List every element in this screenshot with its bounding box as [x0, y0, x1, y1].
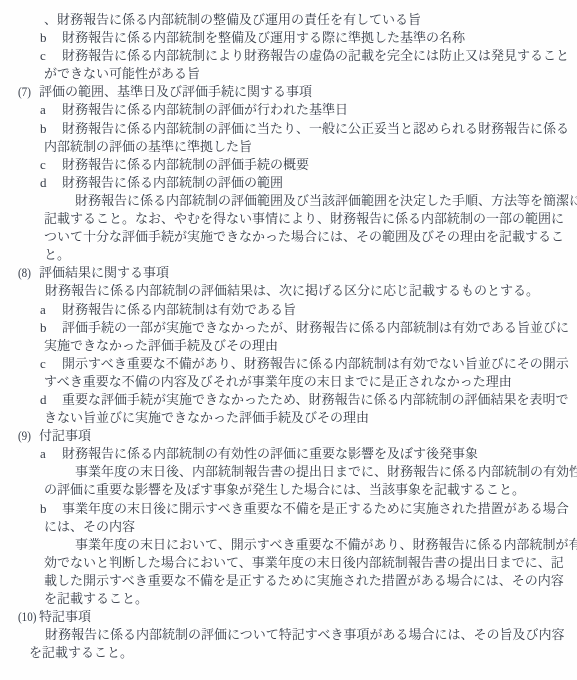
doc-line: a財務報告に係る内部統制の評価が行われた基準日	[0, 101, 577, 119]
doc-line-text: 載した開示すべき重要な不備を是正するために実施された措置がある場合には、その内容	[44, 573, 564, 588]
doc-line: の評価に重要な影響を及ぼす事象が発生した場合には、当該事象を記載すること。	[0, 481, 577, 499]
doc-line: c開示すべき重要な不備があり、財務報告に係る内部統制は有効でない旨並びにその開示	[0, 355, 577, 373]
doc-line-text: 財務報告に係る内部統制の評価手続の概要	[62, 157, 309, 172]
doc-line: と。	[0, 246, 577, 264]
doc-line-text: きない旨並びに実施できなかった評価手続及びその理由	[44, 410, 369, 425]
doc-line-text: 特記事項	[39, 609, 91, 624]
doc-line: 、財務報告に係る内部統制の整備及び運用の責任を有している旨	[0, 11, 577, 29]
doc-line-text: 財務報告に係る内部統制は有効である旨	[62, 302, 296, 317]
doc-line: を記載すること。	[0, 590, 577, 608]
doc-line: b事業年度の末日後に開示すべき重要な不備を是正するために実施された措置がある場合	[0, 500, 577, 518]
clause-letter: b	[40, 29, 47, 47]
doc-line: (10)特記事項	[0, 608, 577, 626]
doc-line-text: ができない可能性がある旨	[44, 66, 200, 81]
doc-line-text: 財務報告に係る内部統制の評価の範囲	[62, 175, 283, 190]
clause-letter: a	[40, 445, 46, 463]
doc-line-text: を記載すること。	[44, 591, 148, 606]
doc-line: 事業年度の末日において、開示すべき重要な不備があり、財務報告に係る内部統制が有	[0, 536, 577, 554]
doc-line-text: 事業年度の末日において、開示すべき重要な不備があり、財務報告に係る内部統制が有	[75, 537, 577, 552]
doc-line-text: 付記事項	[39, 428, 91, 443]
doc-line: b財務報告に係る内部統制の評価に当たり、一般に公正妥当と認められる財務報告に係る	[0, 120, 577, 138]
section-number: (9)	[18, 427, 31, 445]
doc-line: 内部統制の評価の基準に準拠した旨	[0, 138, 577, 156]
clause-letter: d	[40, 174, 47, 192]
doc-line: ができない可能性がある旨	[0, 65, 577, 83]
doc-line-text: 財務報告に係る内部統制の評価に当たり、一般に公正妥当と認められる財務報告に係る	[62, 121, 569, 136]
section-number: (7)	[18, 83, 31, 101]
doc-line-text: 財務報告に係る内部統制の評価について特記すべき事項がある場合には、その旨及び内容	[45, 627, 564, 642]
doc-line: (8)評価結果に関する事項	[0, 264, 577, 282]
document-page: 、財務報告に係る内部統制の整備及び運用の責任を有している旨b財務報告に係る内部統…	[0, 0, 577, 680]
doc-line-text: には、その内容	[44, 519, 135, 534]
doc-line: a財務報告に係る内部統制の有効性の評価に重要な影響を及ぼす後発事象	[0, 445, 577, 463]
doc-line-text: 開示すべき重要な不備があり、財務報告に係る内部統制は有効でない旨並びにその開示	[62, 356, 569, 371]
doc-line: 載した開示すべき重要な不備を是正するために実施された措置がある場合には、その内容	[0, 572, 577, 590]
doc-line-text: を記載すること。	[29, 645, 133, 660]
doc-line-text: 財務報告に係る内部統制の評価結果は、次に掲げる区分に応じ記載するものとする。	[45, 283, 539, 298]
doc-line-text: 財務報告に係る内部統制を整備及び運用する際に準拠した基準の名称	[62, 30, 465, 45]
clause-letter: c	[40, 355, 46, 373]
doc-line-text: 財務報告に係る内部統制の評価が行われた基準日	[62, 102, 348, 117]
doc-line-text: 財務報告に係る内部統制により財務報告の虚偽の記載を完全には防止又は発見すること	[62, 48, 569, 63]
doc-line-text: 事業年度の末日後に開示すべき重要な不備を是正するために実施された措置がある場合	[62, 501, 569, 516]
section-number: (10)	[18, 608, 36, 626]
doc-line: d財務報告に係る内部統制の評価の範囲	[0, 174, 577, 192]
doc-line: ついて十分な評価手続が実施できなかった場合には、その範囲及びその理由を記載するこ	[0, 228, 577, 246]
doc-line-text: 、財務報告に係る内部統制の整備及び運用の責任を有している旨	[44, 12, 421, 27]
doc-line-text: 評価の範囲、基準日及び評価手続に関する事項	[39, 84, 312, 99]
doc-line: 財務報告に係る内部統制の評価結果は、次に掲げる区分に応じ記載するものとする。	[0, 282, 577, 300]
doc-line-text: 評価結果に関する事項	[39, 265, 169, 280]
section-number: (8)	[18, 264, 31, 282]
doc-line-text: 財務報告に係る内部統制の評価範囲及び当該評価範囲を決定した手順、方法等を簡潔に	[75, 193, 577, 208]
doc-line-text: の評価に重要な影響を及ぼす事象が発生した場合には、当該事象を記載すること。	[44, 482, 525, 497]
doc-line: きない旨並びに実施できなかった評価手続及びその理由	[0, 409, 577, 427]
doc-line: を記載すること。	[0, 644, 577, 662]
doc-line: (9)付記事項	[0, 427, 577, 445]
doc-line-text: ついて十分な評価手続が実施できなかった場合には、その範囲及びその理由を記載するこ	[44, 229, 564, 244]
doc-line: 効でないと判断した場合において、事業年度の末日後内部統制報告書の提出日までに、記	[0, 554, 577, 572]
doc-line-text: 記載すること。なお、やむを得ない事情により、財務報告に係る内部統制の一部の範囲に	[44, 211, 564, 226]
doc-line-text: 財務報告に係る内部統制の有効性の評価に重要な影響を及ぼす後発事象	[62, 446, 478, 461]
doc-line: すべき重要な不備の内容及びそれが事業年度の末日までに是正されなかった理由	[0, 373, 577, 391]
document-body: 、財務報告に係る内部統制の整備及び運用の責任を有している旨b財務報告に係る内部統…	[0, 11, 577, 662]
doc-line-text: 実施できなかった評価手続及びその理由	[44, 338, 278, 353]
doc-line-text: 重要な評価手続が実施できなかったため、財務報告に係る内部統制の評価結果を表明で	[62, 392, 568, 407]
doc-line: c財務報告に係る内部統制により財務報告の虚偽の記載を完全には防止又は発見すること	[0, 47, 577, 65]
doc-line: b評価手続の一部が実施できなかったが、財務報告に係る内部統制は有効である旨並びに	[0, 319, 577, 337]
clause-letter: c	[40, 156, 46, 174]
doc-line-text: 評価手続の一部が実施できなかったが、財務報告に係る内部統制は有効である旨並びに	[62, 320, 569, 335]
doc-line: a財務報告に係る内部統制は有効である旨	[0, 301, 577, 319]
doc-line: (7)評価の範囲、基準日及び評価手続に関する事項	[0, 83, 577, 101]
clause-letter: a	[40, 301, 46, 319]
doc-line: 実施できなかった評価手続及びその理由	[0, 337, 577, 355]
doc-line-text: と。	[44, 247, 70, 262]
clause-letter: b	[40, 319, 47, 337]
doc-line: には、その内容	[0, 518, 577, 536]
doc-line-text: 効でないと判断した場合において、事業年度の末日後内部統制報告書の提出日までに、記	[44, 555, 564, 570]
clause-letter: b	[40, 500, 47, 518]
doc-line: b財務報告に係る内部統制を整備及び運用する際に準拠した基準の名称	[0, 29, 577, 47]
doc-line-text: すべき重要な不備の内容及びそれが事業年度の末日までに是正されなかった理由	[44, 374, 512, 389]
doc-line: 財務報告に係る内部統制の評価範囲及び当該評価範囲を決定した手順、方法等を簡潔に	[0, 192, 577, 210]
clause-letter: a	[40, 101, 46, 119]
clause-letter: c	[40, 47, 46, 65]
clause-letter: d	[40, 391, 47, 409]
doc-line: 事業年度の末日後、内部統制報告書の提出日までに、財務報告に係る内部統制の有効性	[0, 463, 577, 481]
doc-line-text: 事業年度の末日後、内部統制報告書の提出日までに、財務報告に係る内部統制の有効性	[75, 464, 577, 479]
doc-line: c財務報告に係る内部統制の評価手続の概要	[0, 156, 577, 174]
doc-line: d重要な評価手続が実施できなかったため、財務報告に係る内部統制の評価結果を表明で	[0, 391, 577, 409]
doc-line: 財務報告に係る内部統制の評価について特記すべき事項がある場合には、その旨及び内容	[0, 626, 577, 644]
doc-line: 記載すること。なお、やむを得ない事情により、財務報告に係る内部統制の一部の範囲に	[0, 210, 577, 228]
doc-line-text: 内部統制の評価の基準に準拠した旨	[44, 139, 252, 154]
clause-letter: b	[40, 120, 47, 138]
